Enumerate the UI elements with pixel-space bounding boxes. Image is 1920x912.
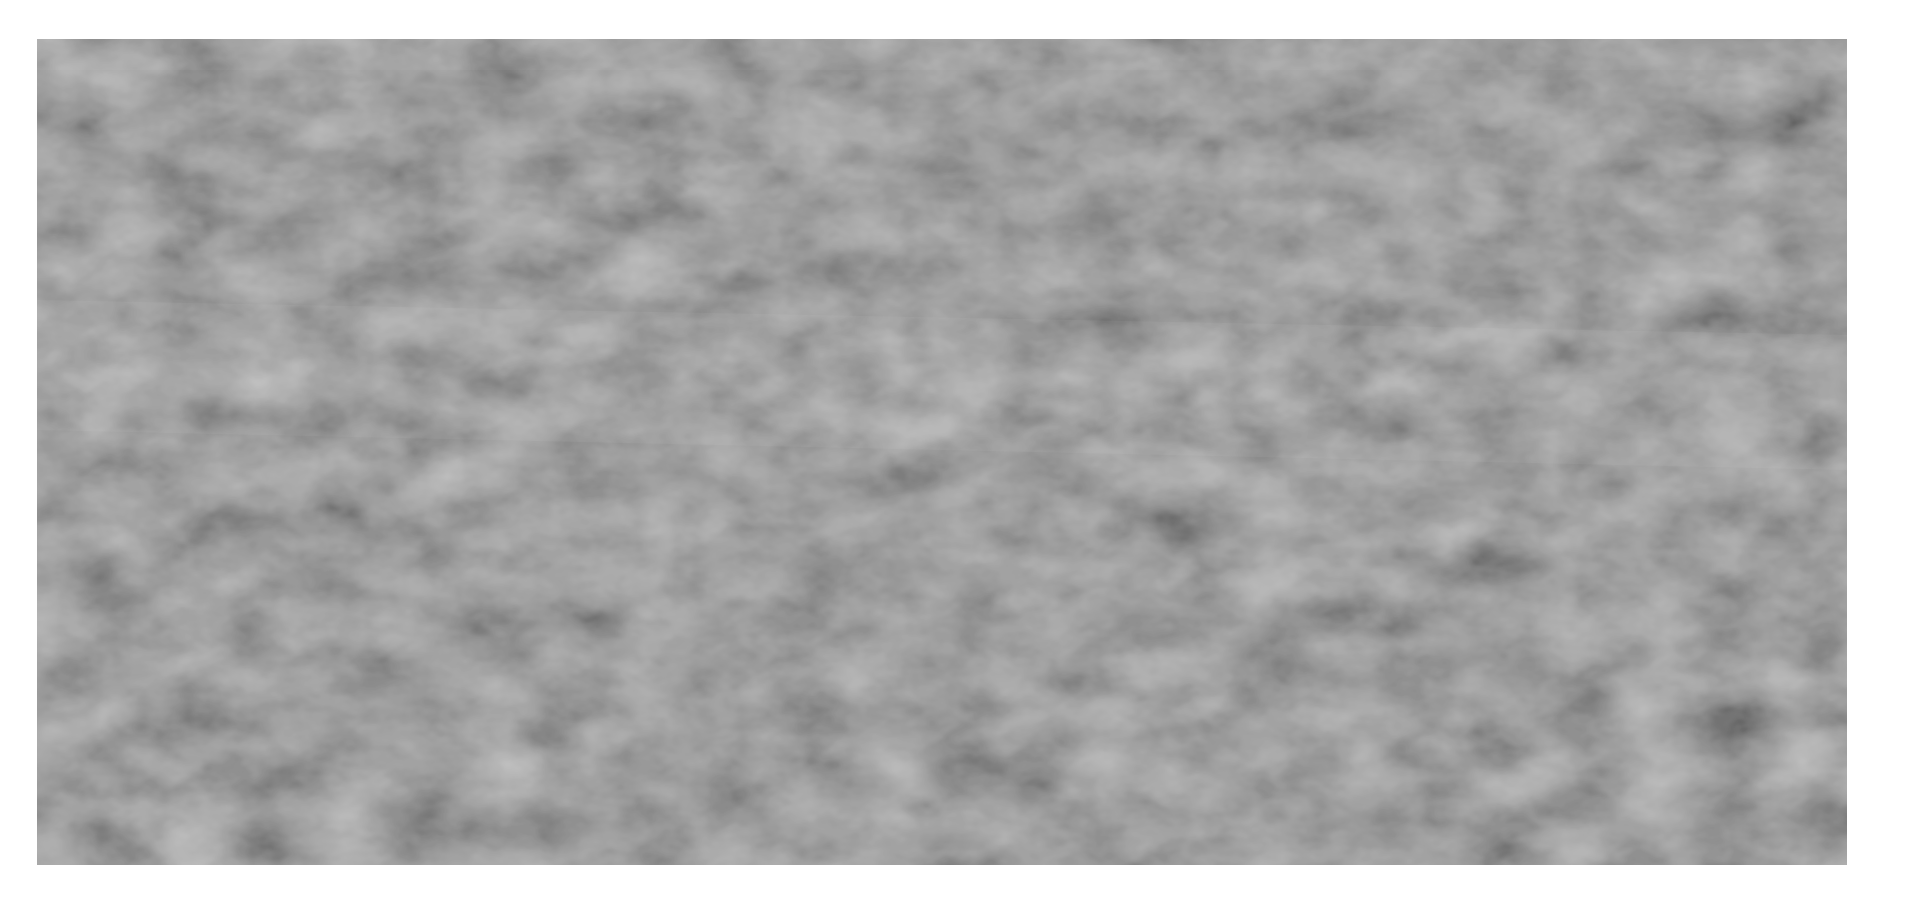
top-light-band [37,39,1847,70]
page-background [0,0,1920,912]
photo-area [37,39,1847,865]
wall-photo-svg [0,0,1920,912]
